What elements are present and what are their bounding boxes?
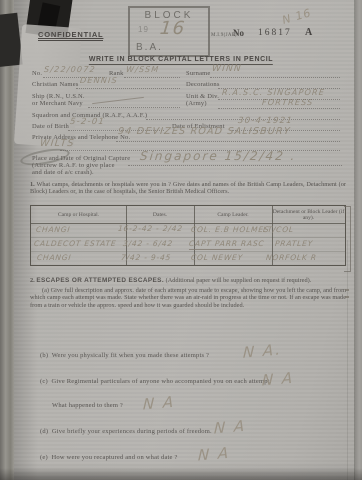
unit-div-value-line1: R.A.S.C. SINGAPORE [222,88,326,97]
table-cell: 3/42 - 6/42 [123,239,174,248]
rank-field-value: W/SSM [126,65,160,74]
page-edge-line [354,0,355,480]
binding-strip [0,0,14,480]
table-cell: PRATLEY [275,239,314,248]
table-cell: LT/COL [263,225,295,234]
form-title: WRITE IN BLOCK CAPITAL LETTERS IN PENCIL [89,56,273,65]
question-2e-answer: N A [198,444,231,465]
rule [116,140,340,142]
surname-field-value: WINN [211,64,242,74]
question-2-heading-row: 2. ESCAPES OR ATTEMPTED ESCAPES. (Additi… [30,277,346,284]
camps-table: Camp or Hospital. Dates. Camp Leader. De… [30,205,346,266]
question-2d-label: (d) [40,428,48,435]
date-of-enlistment-value: 30-4-1921 [237,116,293,126]
table-cell: CHANGI [37,253,72,262]
question-2b-label: (b) [40,352,48,359]
christian-names-value: DENNIS [80,76,119,85]
rule [124,76,180,78]
question-2c-answer: N A [262,369,295,390]
table-cell: 7/42 - 9-45 [121,253,172,262]
question-2e-label: (e) [40,454,48,461]
stamp-line3: B.A. [136,42,163,53]
question-2c: (c) Give Regimental particulars of anyon… [40,378,272,385]
question-2c2-text: What happened to them ? [52,402,123,409]
confidential-label: CONFIDENTIAL [38,30,103,41]
table-cell: COL. E.B HOLMES [191,225,270,234]
form-number-value: 16817 [258,28,292,38]
question-2e: (e) How were you recaptured and on what … [40,454,178,461]
bottom-shadow [0,468,362,480]
question-2e-text: How were you recaptured and on what date… [51,454,177,461]
capture-label-line1: Place and Date of Original Capture [32,155,130,162]
question-1-text: What camps, detachments or hospitals wer… [30,181,346,195]
form-number-label: No [233,28,244,38]
question-2a-text: Give full description and approx. date o… [30,287,346,309]
question-2a: (a) Give full description and approx. da… [30,287,346,309]
question-2c2-answer: N A [143,393,176,414]
table-cell: CALDECOT ESTATE [34,239,117,248]
capture-label-line3: and date of a/c crash). [32,169,94,176]
question-2-number: 2. [30,277,35,284]
question-2b: (b) Were you physically fit when you mad… [40,352,209,359]
address-value-line2: WILTS [39,138,75,149]
unit-div-label-line2: (Army) [186,100,207,107]
unit-div-label-line1: Unit & Div. [186,93,219,100]
table-header-leader: Camp Leader. [194,206,272,223]
table-cell: NORFOLK R [266,253,318,262]
page-edge-right [355,0,362,480]
question-2b-text: Were you physically fit when you made th… [52,352,209,359]
capture-label-line2: (Aircrew R.A.F. to give place [32,162,115,169]
margin-tick [345,296,349,298]
stamp-line2: 19 [138,25,149,34]
question-1-number: 1. [30,181,35,188]
table-header-detachment: Detachment or Block Leader (if any). [272,206,345,223]
rule [88,106,180,108]
question-2-heading-note: (Additional paper will be supplied on re… [166,277,312,284]
table-cell: 16-2-42 - 2/42 [118,224,184,233]
margin-tick [345,289,349,291]
question-2d-answer: N A [214,417,247,438]
question-2c-text: Give Regimental particulars of anyone wh… [51,378,271,385]
pencil-margin-bracket [344,206,351,272]
ship-label-line2: or Merchant Navy [32,100,83,107]
rule [76,87,180,89]
date-of-birth-label: Date of Birth [32,123,69,130]
decorations-label: Decorations [186,81,220,88]
question-2c-label: (c) [40,378,48,385]
question-2d-text: Give briefly your experiences during per… [52,428,212,435]
question-2a-label: (a) [42,287,49,294]
table-header-line [31,223,345,224]
table-header-camp: Camp or Hospital. [31,206,126,223]
table-row-line [31,251,345,252]
question-2-heading: ESCAPES OR ATTEMPTED ESCAPES. [36,277,164,284]
no-field-label: No. [32,70,42,77]
no-field-value: S/22/0072 [44,65,97,74]
table-cell: COL NEWEY [191,253,244,262]
page-edge-line [347,240,348,480]
rule [210,76,340,78]
question-1: 1. What camps, detachments or hospitals … [30,181,346,196]
capture-value: Singapore 15/2/42 . [139,149,297,163]
ship-label-line1: Ship (R.N., U.S.N. [32,93,85,100]
table-cell: CAPT PARR RASC [189,239,265,248]
table-row-line [31,237,345,238]
date-of-birth-value: 5-2-01 [69,117,105,127]
rule [218,107,340,109]
christian-names-label: Christian Names [32,81,79,88]
address-value-line1: 94 DEVIZES ROAD SALISBURY [117,126,291,137]
pencil-underline [189,249,241,250]
table-cell: CHANGI [36,225,71,234]
question-2b-answer: N A. [243,340,283,362]
series-letter: A [305,27,312,38]
rule [218,98,340,100]
scanned-pow-questionnaire-page: CONFIDENTIAL BLOCK 19 16 B.A. M.I.9(JAP)… [0,0,362,480]
question-2d: (d) Give briefly your experiences during… [40,428,212,435]
rule [128,164,342,166]
stamp-handwritten-number: 16 [159,18,187,39]
block-ba-stamp: BLOCK 19 16 B.A. [128,6,210,57]
surname-field-label: Surname [186,70,211,77]
table-header-dates: Dates. [126,206,194,223]
